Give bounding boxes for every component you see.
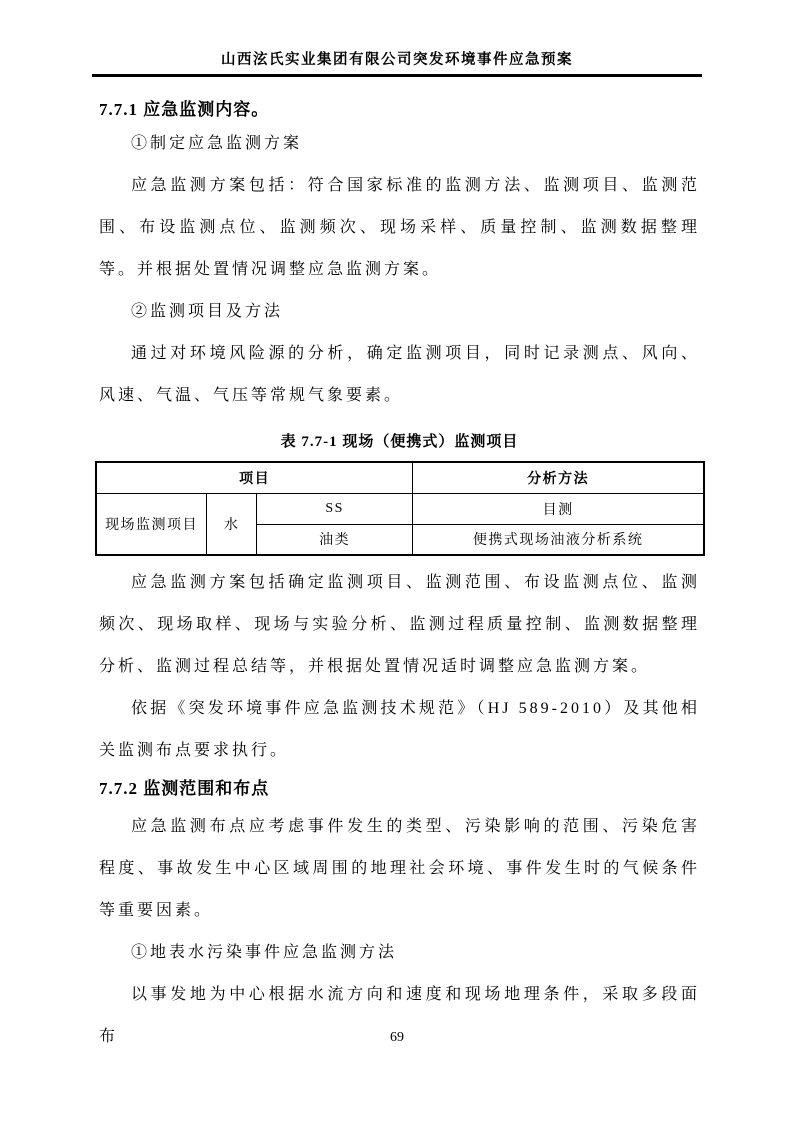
page-number: 69 xyxy=(0,1030,794,1046)
table-caption: 表 7.7-1 现场（便携式）监测项目 xyxy=(99,429,700,455)
paragraph-monitoring-plan-item1: ①制定应急监测方案 xyxy=(99,123,700,165)
table-cell-item: SS xyxy=(256,493,412,524)
header-rule xyxy=(92,74,702,77)
section-heading-7-7-1: 7.7.1 应急监测内容。 xyxy=(99,97,700,123)
section-heading-7-7-2: 7.7.2 监测范围和布点 xyxy=(99,776,700,802)
paragraph-monitoring-layout-factors: 应急监测布点应考虑事件发生的类型、污染影响的范围、污染危害程度、事故发生中心区域… xyxy=(99,806,700,932)
page-body: 7.7.1 应急监测内容。 ①制定应急监测方案 应急监测方案包括：符合国家标准的… xyxy=(99,97,700,1058)
onsite-monitoring-items-table: 项目 分析方法 现场监测项目 水 SS 目测 油类 便携式现场油液分析系统 xyxy=(95,461,705,556)
paragraph-risk-source-analysis: 通过对环境风险源的分析，确定监测项目，同时记录测点、风向、风速、气温、气压等常规… xyxy=(99,333,700,417)
table-cell-method: 便携式现场油液分析系统 xyxy=(413,524,704,555)
table-header-row: 项目 分析方法 xyxy=(96,462,704,493)
table-cell-row-group: 现场监测项目 xyxy=(96,493,207,555)
document-page: 山西泫氏实业集团有限公司突发环境事件应急预案 7.7.1 应急监测内容。 ①制定… xyxy=(0,0,794,1123)
table-header-method: 分析方法 xyxy=(413,462,704,493)
paragraph-monitoring-items-item2: ②监测项目及方法 xyxy=(99,291,700,333)
paragraph-surface-water-method-item1: ①地表水污染事件应急监测方法 xyxy=(99,932,700,974)
table-header-project: 项目 xyxy=(96,462,413,493)
paragraph-hj589-reference: 依据《突发环境事件应急监测技术规范》（HJ 589-2010）及其他相关监测布点… xyxy=(99,688,700,772)
table-cell-item: 油类 xyxy=(256,524,412,555)
header-title: 山西泫氏实业集团有限公司突发环境事件应急预案 xyxy=(0,0,794,70)
table-row: 现场监测项目 水 SS 目测 xyxy=(96,493,704,524)
paragraph-plan-details: 应急监测方案包括确定监测项目、监测范围、布设监测点位、监测频次、现场取样、现场与… xyxy=(99,562,700,688)
table-cell-method: 目测 xyxy=(413,493,704,524)
paragraph-monitoring-plan-scope: 应急监测方案包括：符合国家标准的监测方法、监测项目、监测范围、布设监测点位、监测… xyxy=(99,165,700,291)
table-cell-medium: 水 xyxy=(207,493,257,555)
